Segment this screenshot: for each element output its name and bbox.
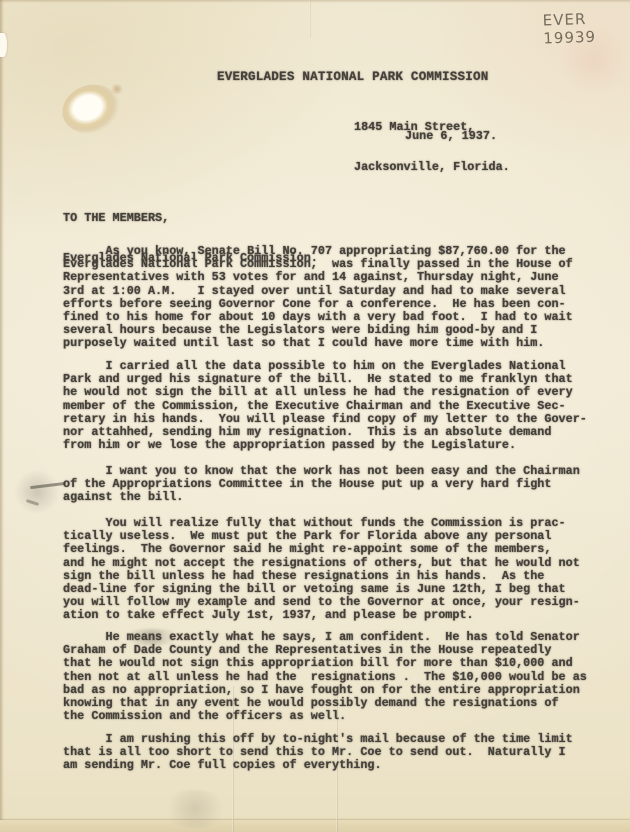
paper-crease xyxy=(309,0,311,38)
letter-date: June 6, 1937. xyxy=(405,130,497,143)
letter-page: EVER 19939 EVERGLADES NATIONAL PARK COMM… xyxy=(0,0,630,832)
paragraph-6: I am rushing this off by to-night's mail… xyxy=(63,733,615,773)
paper-edge-top xyxy=(0,0,630,3)
letterhead-address: 1845 Main Street, Jacksonville, Florida. xyxy=(354,95,510,201)
archive-code-handwriting: EVER 19939 xyxy=(542,8,630,47)
paragraph-1: As you know, Senate Bill No. 707 appropr… xyxy=(63,245,615,351)
ink-smudge xyxy=(14,470,60,514)
paper-fold-bottom xyxy=(0,820,630,832)
address-line-2: Jacksonville, Florida. xyxy=(354,161,510,174)
paragraph-3: I want you to know that the work has not… xyxy=(63,465,615,505)
paragraph-2: I carried all the data possible to him o… xyxy=(63,360,615,452)
ink-smudge xyxy=(160,790,230,828)
paper-tear-notch xyxy=(0,33,7,57)
letterhead-org-name: EVERGLADES NATIONAL PARK COMMISSION xyxy=(217,71,489,84)
paragraph-4: You will realize fully that without fund… xyxy=(63,517,615,623)
salutation-line-1: TO THE MEMBERS, xyxy=(63,212,318,225)
paragraph-5: He means exactly what he says, I am conf… xyxy=(63,631,615,723)
paper-stain-speck xyxy=(110,84,124,94)
paper-edge-left xyxy=(0,0,4,832)
